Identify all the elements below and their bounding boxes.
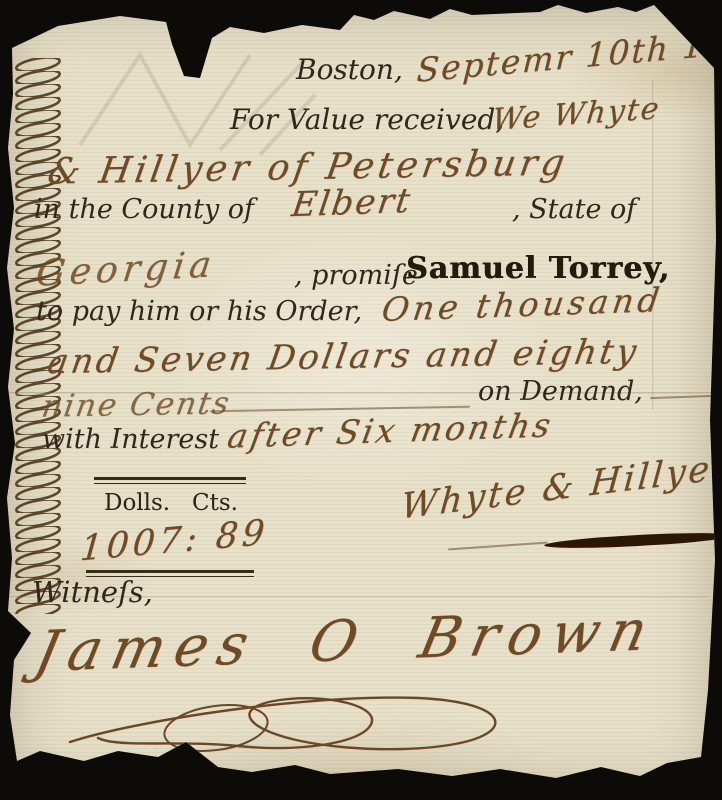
printed-promise-label: , promiſe [294,262,418,289]
coil-border-ornament [13,58,65,614]
printed-place: Boston, [296,56,403,84]
printed-witness-label: Witneſs, [32,578,153,607]
printed-dolls-header: Dolls. [104,492,170,515]
printed-pay-order: to pay him or his Order, [36,298,362,325]
handwritten-amount-words-line3: nine Cents [40,388,233,422]
printed-state-label: , State of [512,196,636,223]
printed-county-label: in the County of [34,196,254,223]
pen-flourish [58,676,518,772]
handwritten-maker-line1: We Whyte [491,94,662,136]
handwritten-interest-terms: after Six months [225,408,556,453]
handwritten-amount-words-line1: One thousand [380,283,665,326]
printed-payee-name: Samuel Torrey, [406,254,670,284]
handwritten-date: Septemr 10th 1803 [416,22,722,87]
handwritten-amount-figures: 1007: 89 [79,516,270,568]
printed-cts-header: Cts. [192,492,238,515]
handwritten-county: Elbert [290,184,414,222]
paper-watermark [70,35,330,165]
handwritten-amount-words-line2: and Seven Dollars and eighty [45,335,641,379]
handwritten-state: Georgia [34,247,218,293]
printed-on-demand: on Demand, [478,378,643,405]
printed-with-interest: with Interest [42,426,219,453]
fold-crease-vertical [652,80,655,410]
printed-value-received: For Value received, [230,106,504,134]
witness-signature: James O Brown [30,603,662,681]
ink-blot [544,530,722,551]
signature-tail-stroke [448,542,548,551]
photograph-backdrop: Boston, Septemr 10th 1803 For Value rece… [0,0,722,800]
pen-stroke-after-demand [650,395,714,399]
maker-signature: Whyte & Hillyer [400,449,722,525]
amount-box-top-rule [94,477,246,484]
promissory-note-paper: Boston, Septemr 10th 1803 For Value rece… [0,0,722,800]
